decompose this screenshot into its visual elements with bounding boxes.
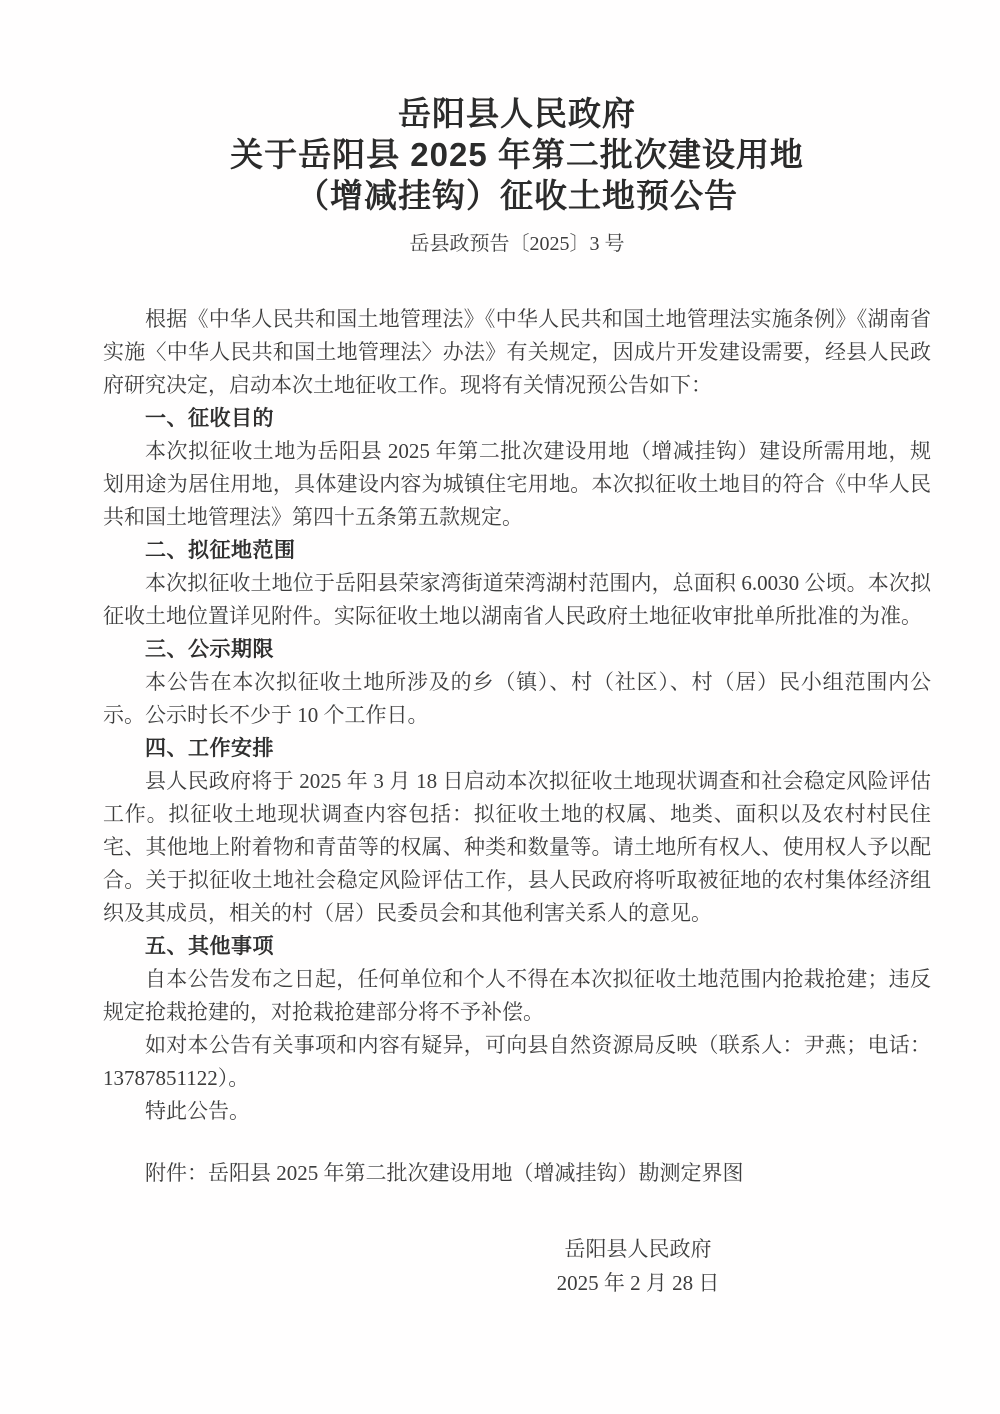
section-other-matters-paragraph-2: 如对本公告有关事项和内容有疑异，可向县自然资源局反映（联系人：尹燕；电话：137… <box>103 1029 931 1095</box>
section-other-matters-paragraph-1: 自本公告发布之日起，任何单位和个人不得在本次拟征收土地范围内抢栽抢建；违反规定抢… <box>103 963 931 1029</box>
section-other-matters: 五、其他事项 自本公告发布之日起，任何单位和个人不得在本次拟征收土地范围内抢栽抢… <box>103 930 931 1095</box>
signer-name: 岳阳县人民政府 <box>503 1232 773 1266</box>
section-scope-heading: 二、拟征地范围 <box>103 534 931 567</box>
section-scope-paragraph: 本次拟征收土地位于岳阳县荣家湾街道荣湾湖村范围内，总面积 6.0030 公顷。本… <box>103 567 931 633</box>
section-scope: 二、拟征地范围 本次拟征收土地位于岳阳县荣家湾街道荣湾湖村范围内，总面积 6.0… <box>103 534 931 633</box>
section-work-arrangement: 四、工作安排 县人民政府将于 2025 年 3 月 18 日启动本次拟征收土地现… <box>103 732 931 930</box>
section-purpose: 一、征收目的 本次拟征收土地为岳阳县 2025 年第二批次建设用地（增减挂钩）建… <box>103 402 931 534</box>
title-line-2: 关于岳阳县 2025 年第二批次建设用地 <box>103 134 931 175</box>
attachment-line: 附件：岳阳县 2025 年第二批次建设用地（增减挂钩）勘测定界图 <box>103 1157 931 1190</box>
document-content: 岳阳县人民政府 关于岳阳县 2025 年第二批次建设用地 （增减挂钩）征收土地预… <box>103 93 931 1300</box>
title-line-1: 岳阳县人民政府 <box>103 93 931 134</box>
closing-statement: 特此公告。 <box>103 1095 931 1128</box>
intro-paragraph: 根据《中华人民共和国土地管理法》《中华人民共和国土地管理法实施条例》《湖南省实施… <box>103 303 931 402</box>
document-body: 根据《中华人民共和国土地管理法》《中华人民共和国土地管理法实施条例》《湖南省实施… <box>103 303 931 1128</box>
section-work-arrangement-heading: 四、工作安排 <box>103 732 931 765</box>
section-purpose-paragraph: 本次拟征收土地为岳阳县 2025 年第二批次建设用地（增减挂钩）建设所需用地，规… <box>103 435 931 534</box>
document-number: 岳县政预告〔2025〕3 号 <box>103 231 931 257</box>
signature-block: 岳阳县人民政府 2025 年 2 月 28 日 <box>503 1232 773 1300</box>
document-page: 岳阳县人民政府 关于岳阳县 2025 年第二批次建设用地 （增减挂钩）征收土地预… <box>0 0 1000 1414</box>
section-other-matters-heading: 五、其他事项 <box>103 930 931 963</box>
section-publicity-period-heading: 三、公示期限 <box>103 633 931 666</box>
section-purpose-heading: 一、征收目的 <box>103 402 931 435</box>
section-publicity-period-paragraph: 本公告在本次拟征收土地所涉及的乡（镇）、村（社区）、村（居）民小组范围内公示。公… <box>103 666 931 732</box>
section-publicity-period: 三、公示期限 本公告在本次拟征收土地所涉及的乡（镇）、村（社区）、村（居）民小组… <box>103 633 931 732</box>
signature-date: 2025 年 2 月 28 日 <box>503 1266 773 1300</box>
section-work-arrangement-paragraph: 县人民政府将于 2025 年 3 月 18 日启动本次拟征收土地现状调查和社会稳… <box>103 765 931 930</box>
document-title: 岳阳县人民政府 关于岳阳县 2025 年第二批次建设用地 （增减挂钩）征收土地预… <box>103 93 931 216</box>
title-line-3: （增减挂钩）征收土地预公告 <box>103 175 931 216</box>
